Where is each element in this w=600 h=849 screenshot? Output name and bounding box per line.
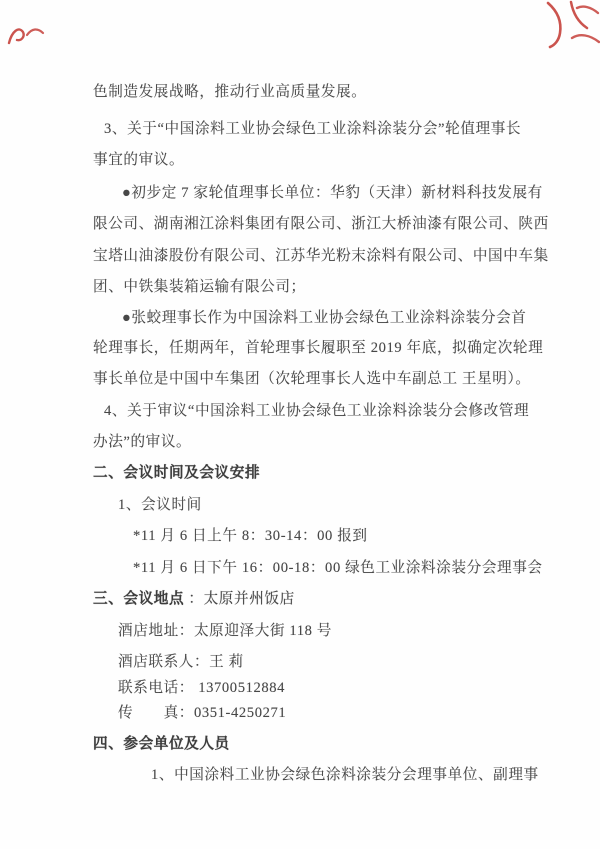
subsection-meeting-time: 1、会议时间	[118, 498, 202, 513]
scanned-document-page: 色制造发展战略，推动行业高质量发展。 3、关于“中国涂料工业协会绿色工业涂料涂装…	[0, 0, 600, 849]
bullet-item-chairman: ●张蛟理事长作为中国涂料工业协会绿色工业涂料涂装分会首	[122, 311, 526, 326]
section-3-label: 三、会议地点	[93, 591, 184, 607]
bullet-item-units-line3: 宝塔山油漆股份有限公司、江苏华光粉末涂料有限公司、中国中车集	[93, 249, 549, 264]
hotel-address: 酒店地址：太原迎泽大街 118 号	[118, 624, 332, 639]
hotel-contact-person: 酒店联系人：王 莉	[118, 655, 244, 670]
attendees-item-1: 1、中国涂料工业协会绿色涂料涂装分会理事单位、副理事	[151, 768, 539, 783]
schedule-morning: *11 月 6 日上午 8：30-14：00 报到	[133, 529, 368, 544]
bullet-item-chairman-line2: 轮理事长，任期两年，首轮理事长履职至 2019 年底，拟确定次轮理	[93, 341, 543, 356]
red-pen-mark-top-left-icon	[6, 20, 46, 50]
agenda-item-3: 3、关于“中国涂料工业协会绿色工业涂料涂装分会”轮值理事长	[104, 122, 521, 137]
bullet-item-units-line4: 团、中铁集装箱运输有限公司；	[93, 280, 306, 295]
section-heading-3-location: 三、会议地点 ：太原并州饭店	[93, 592, 295, 607]
contact-phone: 联系电话： 13700512884	[118, 681, 285, 696]
bullet-item-units: ●初步定 7 家轮值理事长单位：华豹（天津）新材料科技发展有	[122, 186, 543, 201]
schedule-afternoon: *11 月 6 日下午 16：00-18：00 绿色工业涂料涂装分会理事会	[133, 561, 543, 576]
agenda-item-3-continuation: 事宜的审议。	[93, 153, 184, 168]
contact-fax: 传 真：0351-4250271	[118, 706, 286, 721]
bullet-item-chairman-line3: 事长单位是中国中车集团（次轮理事长人选中车副总工 王星明）。	[93, 372, 531, 387]
doc-line-continuation: 色制造发展战略，推动行业高质量发展。	[93, 85, 367, 100]
agenda-item-4-continuation: 办法”的审议。	[93, 435, 191, 450]
section-3-value: ：太原并州饭店	[184, 591, 295, 607]
section-heading-2-time: 二、会议时间及会议安排	[93, 466, 260, 481]
red-pen-mark-top-right-icon	[541, 0, 600, 50]
agenda-item-4: 4、关于审议“中国涂料工业协会绿色工业涂料涂装分会修改管理	[104, 404, 529, 419]
section-heading-4-attendees: 四、参会单位及人员	[93, 737, 230, 752]
bullet-item-units-line2: 限公司、湖南湘江涂料集团有限公司、浙江大桥油漆有限公司、陕西	[93, 217, 549, 232]
